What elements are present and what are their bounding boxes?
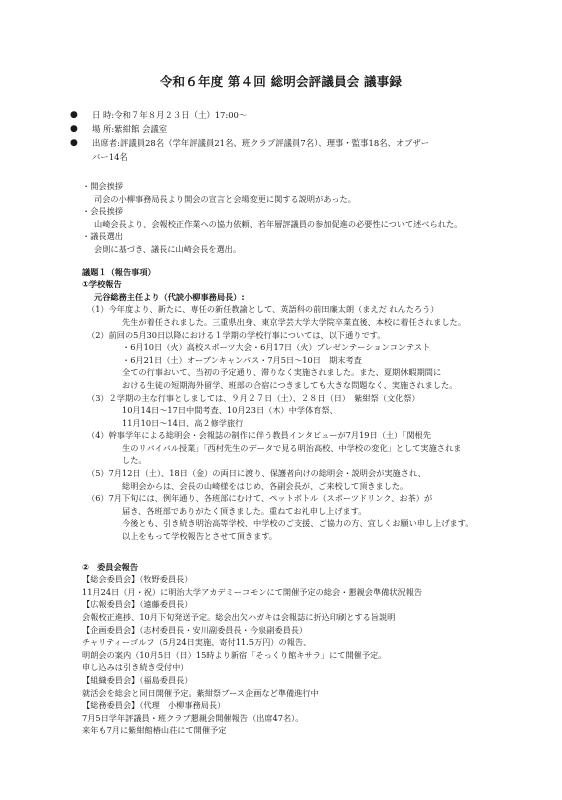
bullet-icon: ● [70,122,92,136]
section-heading: ・議長選出 [82,230,532,243]
school-report-item-2: （2）前回の5月30日以降における１学期の学校行事については、以下通りです。 ・… [82,329,532,392]
committee-name: 【総会委員会】（牧野委員長） [82,573,532,586]
meeting-date: ● 日 時:令和７年８月２３日（土）17:00～ [70,108,540,122]
minutes-body: ・開会挨拶 司会の小柳事務局長より開会の宣言と会場変更に関する説明があった。 ・… [82,180,532,737]
meeting-attendees-cont: バー14名 [70,150,540,164]
document-page: 令和６年度 第４回 総明会評議員会 議事録 ● 日 時:令和７年８月２３日（土）… [0,0,562,800]
chair-election: ・議長選出 会則に基づき、議長に山崎会長を選出。 [82,230,532,255]
bullet-icon: ● [70,108,92,122]
bullet-icon: ● [70,136,92,150]
school-report-heading: ①学校報告 [82,278,532,291]
committee-name: 【組織委員会】（福島委員長） [82,674,532,687]
section-text: 山崎会長より、会報校正作業への協力依頼、若年層評議員の参加促進の必要性について述… [82,218,532,231]
agenda-heading: 議題１（報告事項） [82,266,532,279]
section-text: 会則に基づき、議長に山崎会長を選出。 [82,243,532,256]
meeting-info: ● 日 時:令和７年８月２３日（土）17:00～ ● 場 所:紫紺館 会議室 ●… [70,108,540,164]
committee-planning: 【企画委員会】（志村委員長・安川副委員長・今泉副委員長） チャリティーゴルフ（5… [82,624,532,674]
meeting-place: ● 場 所:紫紺館 会議室 [70,122,540,136]
chair-greeting: ・会長挨拶 山崎会長より、会報校正作業への協力依頼、若年層評議員の参加促進の必要… [82,205,532,230]
committee-general-meeting: 【総会委員会】（牧野委員長） 11月24日（月・祝）に明治大学アカデミーコモンに… [82,573,532,598]
section-heading: ・開会挨拶 [82,180,532,193]
school-report-item-5: （5）7月12日（土）、18日（金）の両日に渡り、保護者向けの総明会・説明会が実… [82,467,532,492]
document-title: 令和６年度 第４回 総明会評議員会 議事録 [0,72,562,90]
section-heading: ・会長挨拶 [82,205,532,218]
section-text: 司会の小柳事務局長より開会の宣言と会場変更に関する説明があった。 [82,193,532,206]
committee-pr: 【広報委員会】（遠藤委員長） 会報校正進捗、10月下旬発送予定。総会出欠ハガキは… [82,598,532,623]
school-report-item-1: （1）今年度より、新たに、専任の新任教諭として、英語科の前田廉太朗（まえだ れん… [82,303,532,328]
school-report-speaker: 元谷総務主任より（代読小柳事務局長）: [82,291,532,304]
committee-general-affairs: 【総務委員会】（代理 小柳事務局長） 7月5日学年評議員・班クラブ懇親会開催報告… [82,699,532,737]
school-report-item-6: （6）7月下旬には、例年通り、各班部にむけて、ペットボトル（スポーツドリンク、お… [82,492,532,542]
committee-organization: 【組織委員会】（福島委員長） 就活会を総会と同日開催予定。紫紺祭ブース企画など準… [82,674,532,699]
school-report-item-3: （3）２学期の主な行事としましては、９月２７日（土）、２８日（日） 紫紺祭（文化… [82,392,532,430]
committee-name: 【広報委員会】（遠藤委員長） [82,598,532,611]
school-report-item-4: （4）幹事学年による総明会・会報誌の制作に伴う教員インタビューが7月19日（土）… [82,429,532,467]
meeting-attendees: ● 出席者:評議員28名（学年評議員21名、班クラブ評議員7名）、理事・監事18… [70,136,540,150]
committee-report-heading: ② 委員会報告 [82,561,532,574]
opening-greeting: ・開会挨拶 司会の小柳事務局長より開会の宣言と会場変更に関する説明があった。 [82,180,532,205]
committee-name: 【企画委員会】（志村委員長・安川副委員長・今泉副委員長） [82,624,532,637]
committee-name: 【総務委員会】（代理 小柳事務局長） [82,699,532,712]
